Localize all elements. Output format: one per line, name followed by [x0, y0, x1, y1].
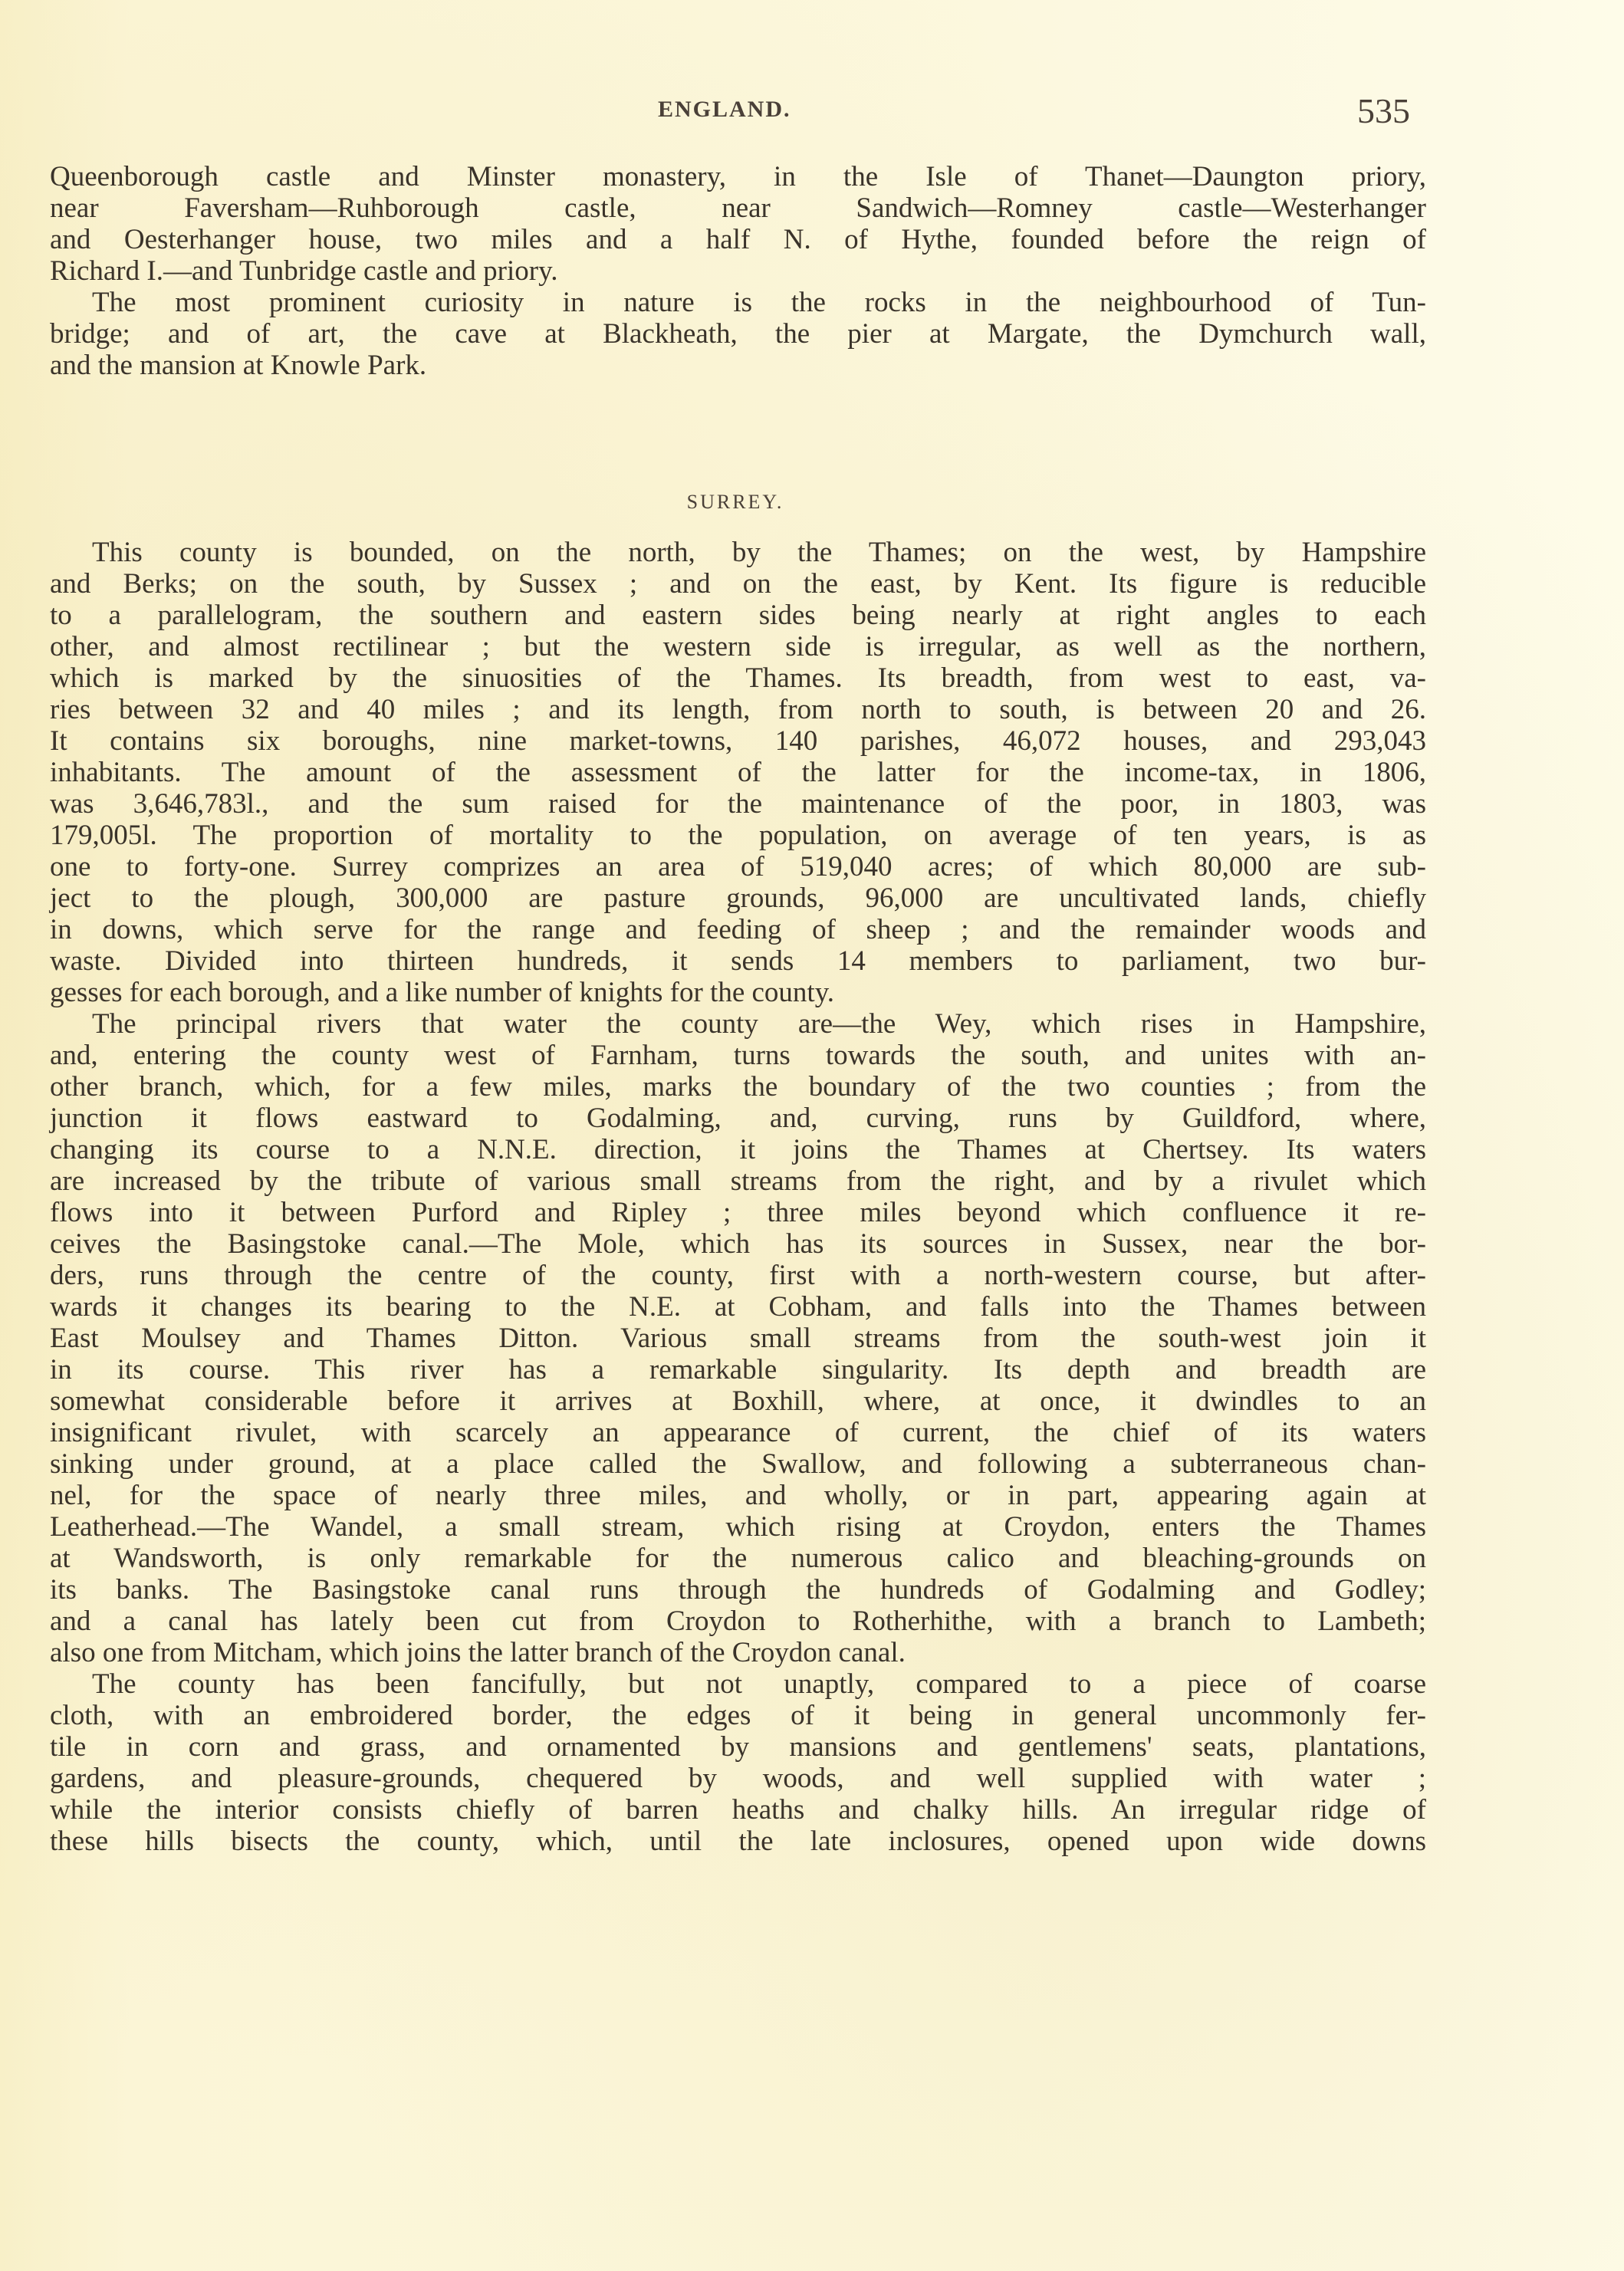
text-line: and Berks; on the south, by Sussex ; and…: [50, 568, 1426, 600]
text-line: The county has been fancifully, but not …: [50, 1668, 1426, 1700]
text-line: in downs, which serve for the range and …: [50, 914, 1426, 945]
text-line: gesses for each borough, and a like numb…: [50, 977, 1426, 1008]
text-line: and the mansion at Knowle Park.: [50, 350, 1426, 381]
text-line: was 3,646,783l., and the sum raised for …: [50, 788, 1426, 820]
running-title: ENGLAND.: [658, 97, 791, 123]
text-line: these hills bisects the county, which, u…: [50, 1826, 1426, 1857]
text-line: also one from Mitcham, which joins the l…: [50, 1637, 1426, 1668]
text-line: 179,005l. The proportion of mortality to…: [50, 820, 1426, 851]
text-line: flows into it between Purford and Ripley…: [50, 1197, 1426, 1228]
text-line: at Wandsworth, is only remarkable for th…: [50, 1543, 1426, 1574]
text-line: The most prominent curiosity in nature i…: [50, 287, 1426, 318]
text-line: junction it flows eastward to Godalming,…: [50, 1103, 1426, 1134]
text-line: ceives the Basingstoke canal.—The Mole, …: [50, 1228, 1426, 1260]
text-line: while the interior consists chiefly of b…: [50, 1794, 1426, 1826]
text-line: gardens, and pleasure-grounds, chequered…: [50, 1763, 1426, 1794]
running-head: ENGLAND. 535: [0, 97, 1624, 135]
section-heading-surrey: SURREY.: [0, 491, 1624, 514]
text-line: insignificant rivulet, with scarcely an …: [50, 1417, 1426, 1448]
text-line: waste. Divided into thirteen hundreds, i…: [50, 945, 1426, 977]
text-line: ders, runs through the centre of the cou…: [50, 1260, 1426, 1291]
text-line: its banks. The Basingstoke canal runs th…: [50, 1574, 1426, 1605]
text-line: Leatherhead.—The Wandel, a small stream,…: [50, 1511, 1426, 1543]
text-line: wards it changes its bearing to the N.E.…: [50, 1291, 1426, 1323]
text-line: tile in corn and grass, and ornamented b…: [50, 1731, 1426, 1763]
text-line: somewhat considerable before it arrives …: [50, 1385, 1426, 1417]
text-line: to a parallelogram, the southern and eas…: [50, 600, 1426, 631]
book-page: ENGLAND. 535 Queenborough castle and Min…: [0, 0, 1624, 2271]
text-line: ries between 32 and 40 miles ; and its l…: [50, 694, 1426, 725]
text-line: The principal rivers that water the coun…: [50, 1008, 1426, 1040]
kent-continuation-text: Queenborough castle and Minster monaster…: [50, 161, 1426, 381]
text-line: and a canal has lately been cut from Cro…: [50, 1605, 1426, 1637]
surrey-text: This county is bounded, on the north, by…: [50, 537, 1426, 1857]
text-line: which is marked by the sinuosities of th…: [50, 662, 1426, 694]
text-line: in its course. This river has a remarkab…: [50, 1354, 1426, 1385]
text-line: changing its course to a N.N.E. directio…: [50, 1134, 1426, 1165]
text-line: It contains six boroughs, nine market-to…: [50, 725, 1426, 757]
text-line: other, and almost rectilinear ; but the …: [50, 631, 1426, 662]
text-line: Richard I.—and Tunbridge castle and prio…: [50, 255, 1426, 287]
text-line: and Oesterhanger house, two miles and a …: [50, 224, 1426, 255]
text-line: cloth, with an embroidered border, the e…: [50, 1700, 1426, 1731]
text-line: near Faversham—Ruhborough castle, near S…: [50, 192, 1426, 224]
text-line: East Moulsey and Thames Ditton. Various …: [50, 1323, 1426, 1354]
text-line: other branch, which, for a few miles, ma…: [50, 1071, 1426, 1103]
text-line: nel, for the space of nearly three miles…: [50, 1480, 1426, 1511]
text-line: and, entering the county west of Farnham…: [50, 1040, 1426, 1071]
text-line: This county is bounded, on the north, by…: [50, 537, 1426, 568]
section-heading-label: SURREY.: [687, 491, 784, 513]
text-line: sinking under ground, at a place called …: [50, 1448, 1426, 1480]
text-line: one to forty-one. Surrey comprizes an ar…: [50, 851, 1426, 882]
text-line: Queenborough castle and Minster monaster…: [50, 161, 1426, 192]
text-line: ject to the plough, 300,000 are pasture …: [50, 882, 1426, 914]
text-line: are increased by the tribute of various …: [50, 1165, 1426, 1197]
text-line: inhabitants. The amount of the assessmen…: [50, 757, 1426, 788]
page-number: 535: [1357, 90, 1410, 131]
text-line: bridge; and of art, the cave at Blackhea…: [50, 318, 1426, 350]
